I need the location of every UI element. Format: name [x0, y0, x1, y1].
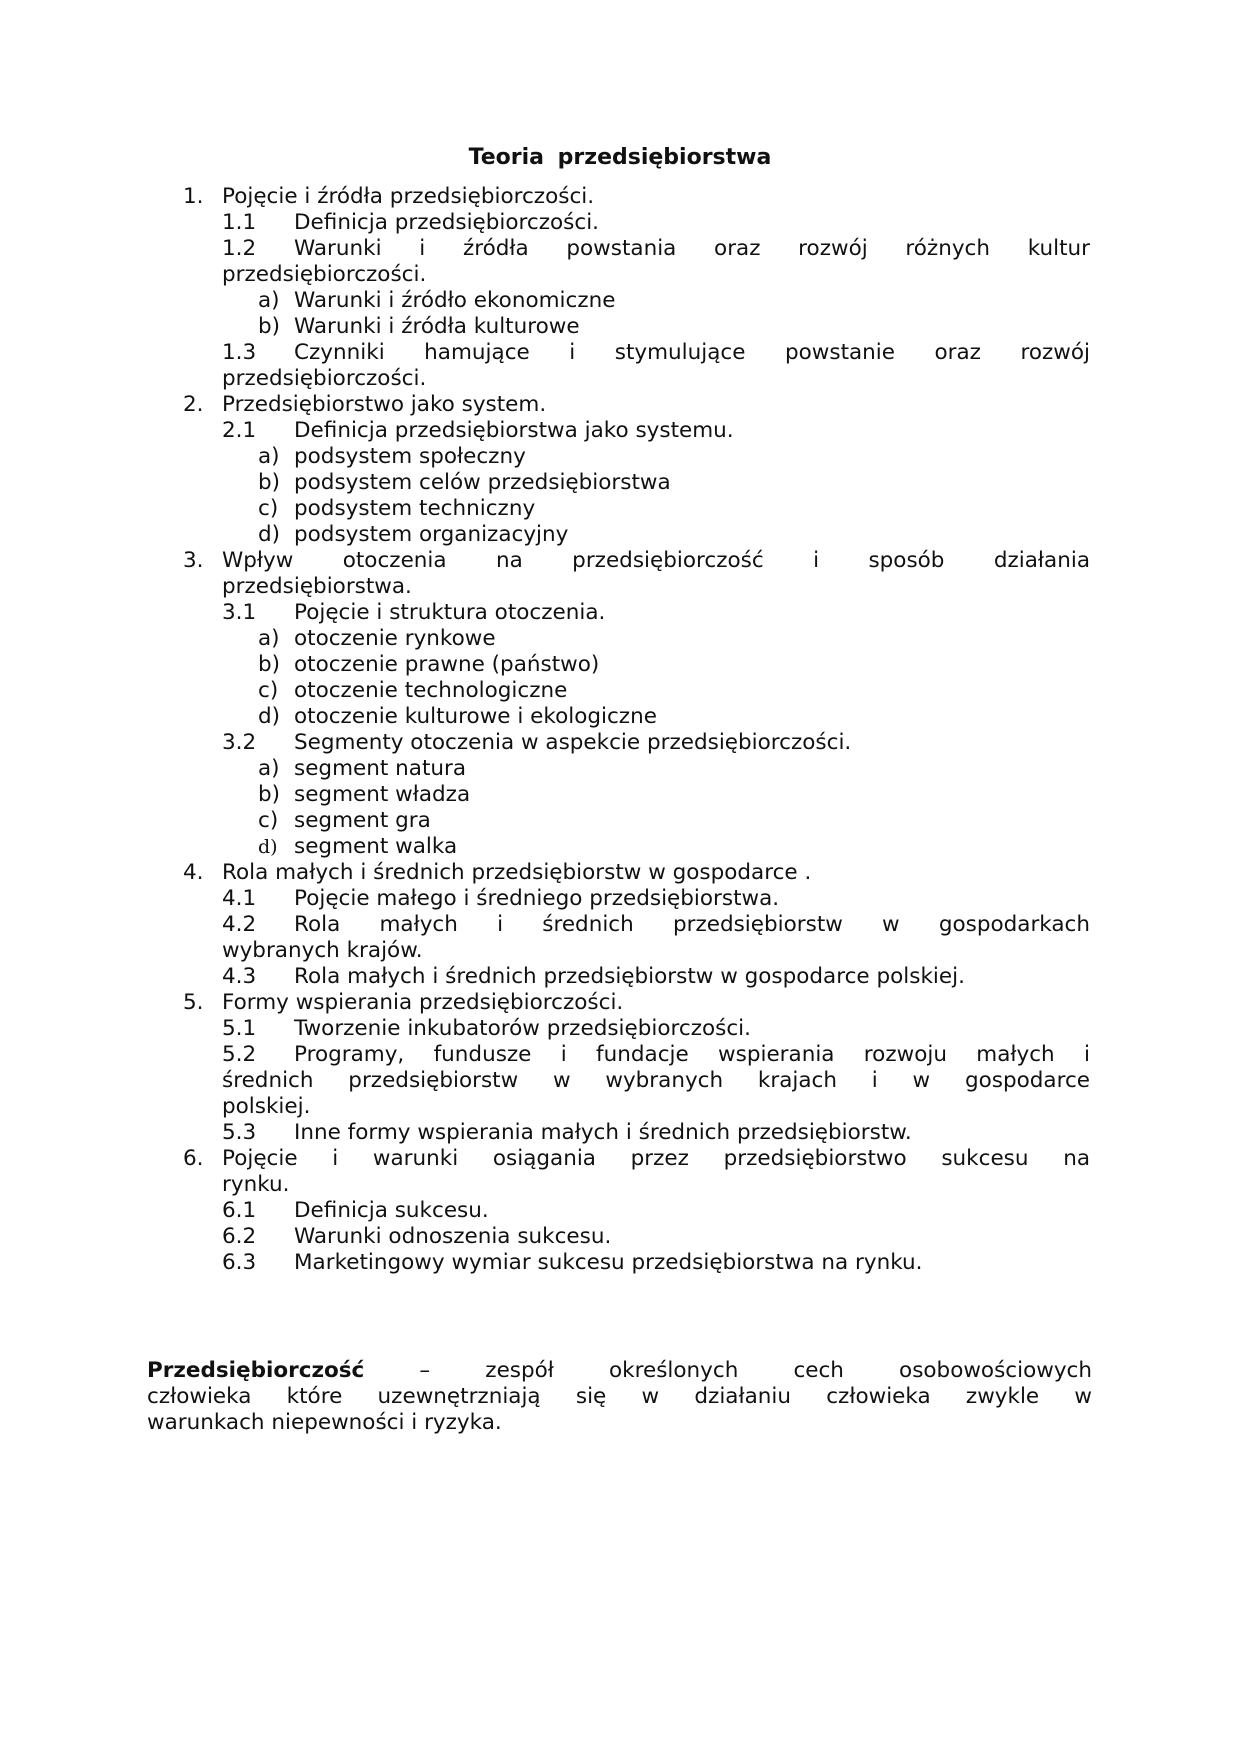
item-letter: a) — [258, 756, 280, 782]
item-text: Tworzenie inkubatorów przedsiębiorczości… — [294, 1016, 751, 1042]
item-number: 2. — [183, 392, 204, 418]
definition-line-3: warunkach niepewności i ryzyka. — [147, 1410, 1092, 1436]
item-text: Warunki i źródło ekonomiczne — [294, 288, 616, 314]
item-letter: c) — [258, 678, 278, 704]
item-text: podsystem celów przedsiębiorstwa — [294, 470, 671, 496]
item-text: segment władza — [294, 782, 470, 808]
outline-item-4-2-continuation: wybranych krajów. — [222, 938, 423, 964]
item-letter: b) — [258, 314, 280, 340]
item-number: 3. — [183, 548, 204, 574]
item-number: 5.1 — [222, 1016, 256, 1042]
item-letter: d) — [258, 522, 280, 548]
item-text: Pojęcie i warunki osiągania przez przeds… — [222, 1146, 1090, 1172]
item-text: otoczenie technologiczne — [294, 678, 567, 704]
item-text: Czynniki hamujące i stymulujące powstani… — [294, 340, 1090, 366]
item-text: Rola małych i średnich przedsiębiorstw w… — [294, 912, 1090, 938]
item-number: 1.1 — [222, 210, 256, 236]
item-letter: c) — [258, 808, 278, 834]
item-letter: a) — [258, 288, 280, 314]
item-letter: d) — [258, 834, 278, 860]
outline-item-6-continuation: rynku. — [222, 1172, 289, 1198]
outline-item-5-2-continuation: średnich przedsiębiorstw w wybranych kra… — [222, 1068, 1090, 1094]
definition-text-1: zespół określonych cech osobowościowych — [485, 1358, 1092, 1383]
item-text: otoczenie rynkowe — [294, 626, 496, 652]
definition-line-2: człowieka które uzewnętrzniają się w dzi… — [147, 1384, 1092, 1410]
item-number: 4.3 — [222, 964, 256, 990]
item-number: 4. — [183, 860, 204, 886]
definition-dash: – — [419, 1358, 430, 1383]
item-letter: b) — [258, 652, 280, 678]
item-text: segment walka — [294, 834, 457, 860]
definition-term: Przedsiębiorczość — [147, 1358, 364, 1383]
item-text: otoczenie prawne (państwo) — [294, 652, 599, 678]
item-text: Definicja przedsiębiorstwa jako systemu. — [294, 418, 734, 444]
item-number: 5.3 — [222, 1120, 256, 1146]
item-text: Warunki i źródła kulturowe — [294, 314, 580, 340]
item-number: 3.2 — [222, 730, 256, 756]
item-number: 6. — [183, 1146, 204, 1172]
item-text: Definicja sukcesu. — [294, 1198, 489, 1224]
item-text: Segmenty otoczenia w aspekcie przedsiębi… — [294, 730, 851, 756]
item-text: podsystem techniczny — [294, 496, 535, 522]
item-number: 1.3 — [222, 340, 256, 366]
item-text: Warunki i źródła powstania oraz rozwój r… — [294, 236, 1090, 262]
item-text: segment natura — [294, 756, 466, 782]
item-number: 5.2 — [222, 1042, 256, 1068]
item-number: 6.3 — [222, 1250, 256, 1276]
item-text: Przedsiębiorstwo jako system. — [222, 392, 546, 418]
item-text: segment gra — [294, 808, 431, 834]
item-letter: a) — [258, 626, 280, 652]
item-text: Pojęcie i źródła przedsiębiorczości. — [222, 184, 594, 210]
item-letter: b) — [258, 782, 280, 808]
item-letter: b) — [258, 470, 280, 496]
item-number: 6.2 — [222, 1224, 256, 1250]
item-text: Warunki odnoszenia sukcesu. — [294, 1224, 611, 1250]
item-text: podsystem społeczny — [294, 444, 526, 470]
item-letter: c) — [258, 496, 278, 522]
item-text: Rola małych i średnich przedsiębiorstw w… — [222, 860, 811, 886]
definition-paragraph: Przedsiębiorczość – zespół określonych c… — [147, 1358, 1092, 1436]
item-number: 6.1 — [222, 1198, 256, 1224]
item-text: Formy wspierania przedsiębiorczości. — [222, 990, 623, 1016]
item-number: 2.1 — [222, 418, 256, 444]
outline-item-5-2-continuation-2: polskiej. — [222, 1094, 310, 1120]
item-text: podsystem organizacyjny — [294, 522, 568, 548]
item-number: 5. — [183, 990, 204, 1016]
document-title: Teoria przedsiębiorstwa — [0, 145, 1240, 171]
outline-item-1-2-continuation: przedsiębiorczości. — [222, 262, 426, 288]
item-number: 1.2 — [222, 236, 256, 262]
item-text: otoczenie kulturowe i ekologiczne — [294, 704, 657, 730]
item-text: Rola małych i średnich przedsiębiorstw w… — [294, 964, 965, 990]
item-text: Definicja przedsiębiorczości. — [294, 210, 599, 236]
item-number: 3.1 — [222, 600, 256, 626]
item-number: 4.2 — [222, 912, 256, 938]
outline-item-1-3-continuation: przedsiębiorczości. — [222, 366, 426, 392]
item-number: 4.1 — [222, 886, 256, 912]
item-text: Inne formy wspierania małych i średnich … — [294, 1120, 912, 1146]
item-letter: a) — [258, 444, 280, 470]
item-letter: d) — [258, 704, 280, 730]
outline-item-3-continuation: przedsiębiorstwa. — [222, 574, 412, 600]
item-text: Pojęcie i struktura otoczenia. — [294, 600, 605, 626]
item-text: Marketingowy wymiar sukcesu przedsiębior… — [294, 1250, 922, 1276]
item-text: Pojęcie małego i średniego przedsiębiors… — [294, 886, 779, 912]
definition-line-1: Przedsiębiorczość – zespół określonych c… — [147, 1358, 1092, 1384]
item-text: Wpływ otoczenia na przedsiębiorczość i s… — [222, 548, 1090, 574]
item-text: Programy, fundusze i fundacje wspierania… — [294, 1042, 1090, 1068]
item-number: 1. — [183, 184, 204, 210]
